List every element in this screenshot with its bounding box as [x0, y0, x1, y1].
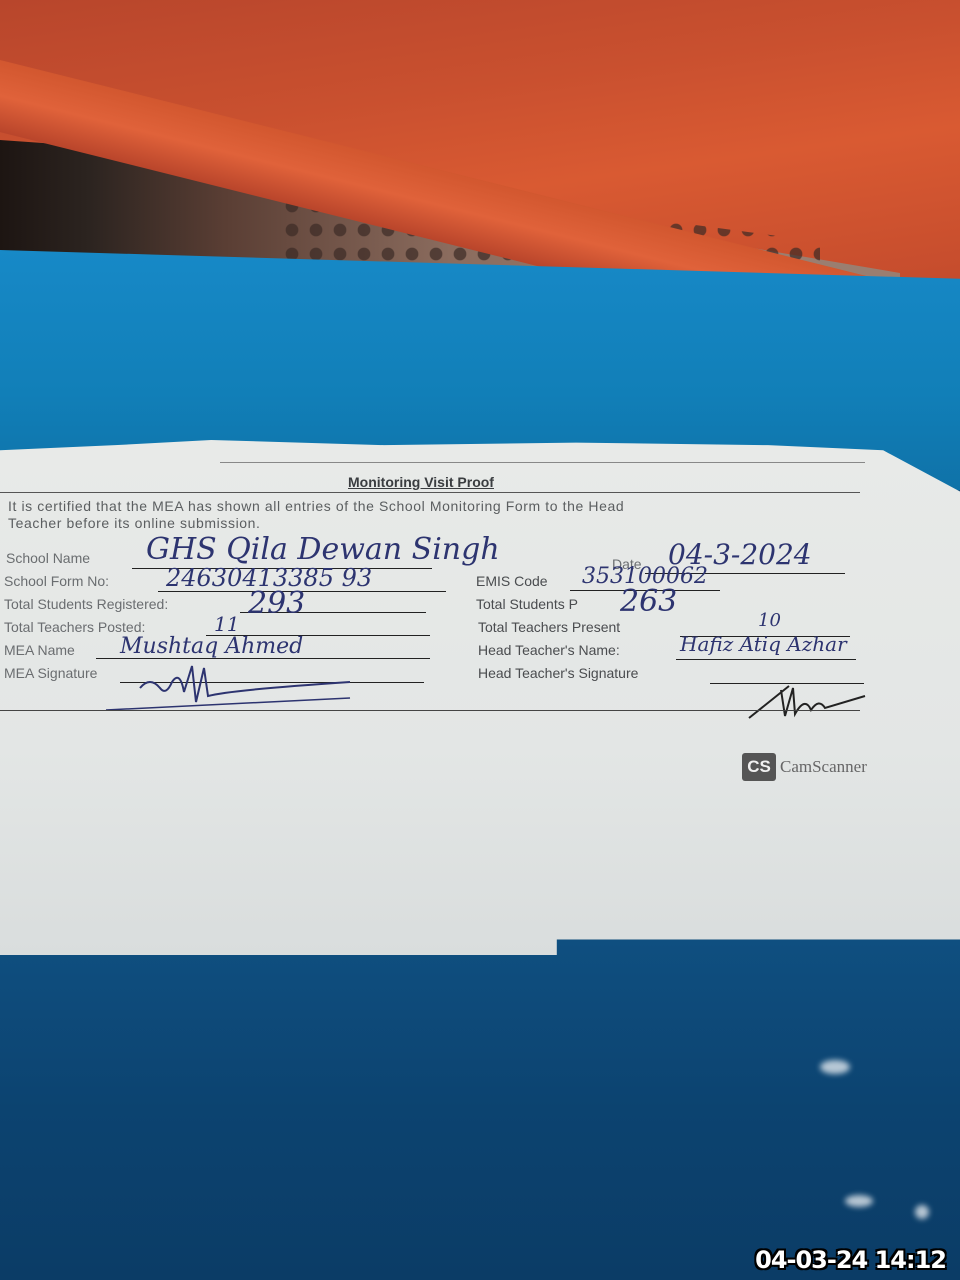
head-teacher-name-value: Hafiz Atiq Azhar — [680, 632, 847, 656]
title-rule — [0, 492, 860, 493]
form-title: Monitoring Visit Proof — [348, 474, 494, 490]
school-form-no-label: School Form No: — [4, 573, 109, 589]
camera-timestamp: 04-03-24 14:12 — [755, 1246, 946, 1274]
emis-code-label: EMIS Code — [476, 573, 548, 589]
total-students-present-value: 263 — [620, 584, 677, 619]
head-teacher-name-label: Head Teacher's Name: — [478, 642, 620, 658]
light-glare — [845, 1195, 873, 1207]
school-name-label: School Name — [6, 550, 90, 566]
monitoring-visit-proof-slip: Monitoring Visit Proof It is certified t… — [0, 440, 960, 955]
total-students-present-label: Total Students P — [476, 596, 578, 612]
light-glare — [915, 1205, 929, 1219]
certification-line-1: It is certified that the MEA has shown a… — [8, 498, 868, 515]
total-teachers-posted-label: Total Teachers Posted: — [4, 619, 145, 635]
total-teachers-present-value: 10 — [758, 610, 781, 631]
light-glare — [820, 1060, 850, 1074]
mea-signature-scribble — [100, 662, 360, 714]
total-teachers-present-label: Total Teachers Present — [478, 619, 620, 635]
mea-signature-label: MEA Signature — [4, 665, 97, 681]
certification-line-2: Teacher before its online submission. — [8, 515, 868, 532]
mea-name-value: Mushtaq Ahmed — [120, 634, 303, 659]
top-rule — [220, 462, 865, 463]
head-teacher-name-line — [676, 659, 856, 660]
camscanner-watermark: CS CamScanner — [742, 753, 867, 781]
head-teacher-signature-label: Head Teacher's Signature — [478, 665, 638, 681]
blue-folder-bottom — [0, 940, 960, 1280]
certification-text: It is certified that the MEA has shown a… — [8, 498, 868, 532]
bottom-rule — [0, 710, 860, 711]
camscanner-text: CamScanner — [780, 757, 867, 777]
school-name-value: GHS Qila Dewan Singh — [146, 532, 500, 567]
camscanner-logo-icon: CS — [742, 753, 776, 781]
total-students-registered-value: 293 — [248, 586, 305, 621]
total-students-registered-label: Total Students Registered: — [4, 596, 168, 612]
total-teachers-posted-value: 11 — [214, 612, 239, 636]
mea-name-label: MEA Name — [4, 642, 75, 658]
head-teacher-signature-scribble — [745, 676, 875, 724]
